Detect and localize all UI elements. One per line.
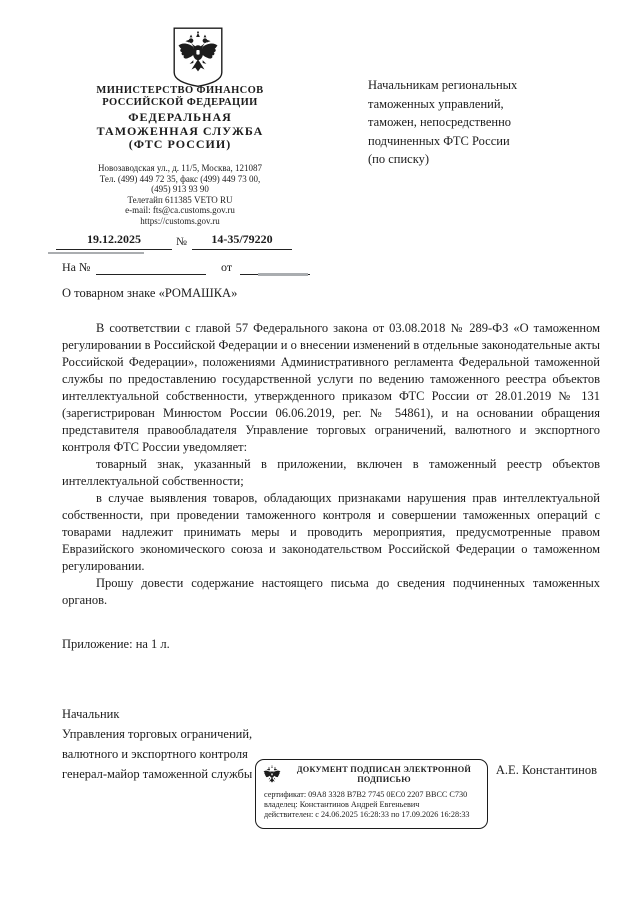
reply-date-label: от: [221, 260, 232, 275]
address-line: Тел. (499) 449 72 35, факс (499) 449 73 …: [57, 174, 303, 185]
reply-date-underline-shadow: [258, 273, 308, 276]
body-paragraph: В соответствии с главой 57 Федерального …: [62, 320, 600, 456]
signature-position-line: валютного и экспортного контроля: [62, 744, 252, 764]
subject-line: О товарном знаке «РОМАШКА»: [62, 286, 237, 301]
ministry-line: МИНИСТЕРСТВО ФИНАНСОВ: [57, 85, 303, 97]
outgoing-date: 19.12.2025: [56, 232, 172, 247]
recipient-block: Начальникам региональных таможенных упра…: [368, 76, 517, 169]
recipient-line: (по списку): [368, 150, 517, 169]
outgoing-number: 14-35/79220: [192, 232, 292, 247]
body-paragraph: в случае выявления товаров, обладающих п…: [62, 490, 600, 575]
agency-line: (ФТС РОССИИ): [57, 138, 303, 152]
number-underline: [192, 249, 292, 250]
recipient-line: таможен, непосредственно: [368, 113, 517, 132]
body-paragraph: товарный знак, указанный в приложении, в…: [62, 456, 600, 490]
date-underline-shadow: [48, 252, 144, 254]
address-line: Телетайп 611385 VETO RU: [57, 195, 303, 206]
agency-line: ФЕДЕРАЛЬНАЯ: [57, 111, 303, 125]
coat-of-arms-icon: [170, 26, 226, 88]
reply-number-underline: [96, 274, 206, 275]
date-underline: [56, 249, 172, 250]
recipient-line: Начальникам региональных: [368, 76, 517, 95]
agency-line: ТАМОЖЕННАЯ СЛУЖБА: [57, 125, 303, 139]
recipient-line: подчиненных ФТС России: [368, 132, 517, 151]
address-line: e-mail: fts@ca.customs.gov.ru: [57, 205, 303, 216]
signature-position-line: Управления торговых ограничений,: [62, 724, 252, 744]
agency-name: ФЕДЕРАЛЬНАЯ ТАМОЖЕННАЯ СЛУЖБА (ФТС РОССИ…: [57, 111, 303, 152]
stamp-certificate: сертификат: 09А8 3328 В7В2 7745 0ЕС0 220…: [264, 790, 481, 800]
address-block: Новозаводская ул., д. 11/5, Москва, 1210…: [57, 163, 303, 227]
signatory-name: А.Е. Константинов: [496, 763, 597, 778]
stamp-details: сертификат: 09А8 3328 В7В2 7745 0ЕС0 220…: [264, 790, 481, 819]
stamp-validity: действителен: с 24.06.2025 16:28:33 по 1…: [264, 810, 481, 820]
stamp-header: ДОКУМЕНТ ПОДПИСАН ЭЛЕКТРОННОЙ ПОДПИСЬЮ: [262, 764, 481, 786]
address-line: https://customs.gov.ru: [57, 216, 303, 227]
attachment-note: Приложение: на 1 л.: [62, 637, 170, 652]
stamp-owner: владелец: Константинов Андрей Евгеньевич: [264, 800, 481, 810]
body-paragraph: Прошу довести содержание настоящего пись…: [62, 575, 600, 609]
ministry-name: МИНИСТЕРСТВО ФИНАНСОВ РОССИЙСКОЙ ФЕДЕРАЦ…: [57, 85, 303, 108]
signature-position-line: Начальник: [62, 704, 252, 724]
address-line: Новозаводская ул., д. 11/5, Москва, 1210…: [57, 163, 303, 174]
signature-block: Начальник Управления торговых ограничени…: [62, 704, 252, 784]
stamp-eagle-icon: [262, 764, 282, 786]
address-line: (495) 913 93 90: [57, 184, 303, 195]
stamp-title: ДОКУМЕНТ ПОДПИСАН ЭЛЕКТРОННОЙ ПОДПИСЬЮ: [287, 765, 481, 784]
recipient-line: таможенных управлений,: [368, 95, 517, 114]
ministry-line: РОССИЙСКОЙ ФЕДЕРАЦИИ: [57, 97, 303, 109]
reply-number-label: На №: [62, 260, 90, 275]
scanned-letter-page: МИНИСТЕРСТВО ФИНАНСОВ РОССИЙСКОЙ ФЕДЕРАЦ…: [0, 0, 640, 905]
number-sign: №: [176, 236, 187, 248]
letter-body: В соответствии с главой 57 Федерального …: [62, 320, 600, 609]
electronic-signature-stamp: ДОКУМЕНТ ПОДПИСАН ЭЛЕКТРОННОЙ ПОДПИСЬЮ с…: [255, 759, 488, 829]
signature-position-line: генерал-майор таможенной службы: [62, 764, 252, 784]
